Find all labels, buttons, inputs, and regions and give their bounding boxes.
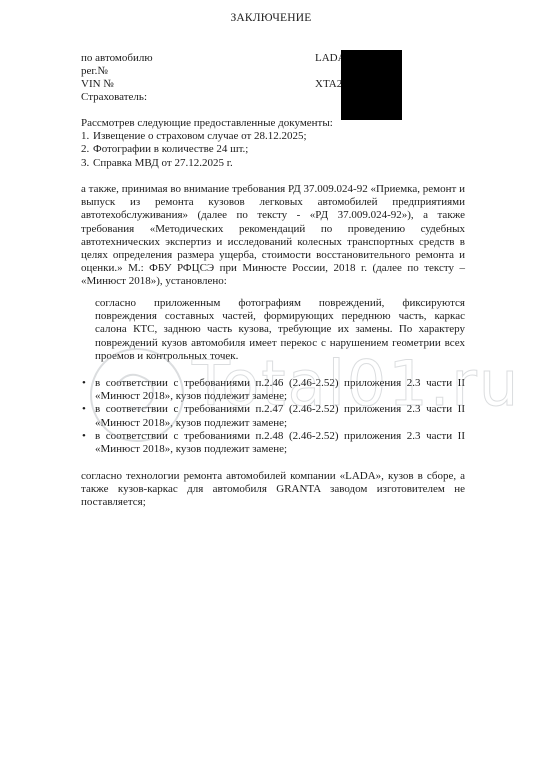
findings-paragraph: согласно приложенным фотографиям поврежд… — [95, 297, 465, 363]
field-label-vin: VIN № — [81, 78, 114, 91]
bullet-icon: • — [82, 430, 86, 443]
documents-list: 1.Извещение о страховом случае от 28.12.… — [81, 130, 465, 170]
document-item: 1.Извещение о страховом случае от 28.12.… — [81, 130, 465, 143]
document-title: ЗАКЛЮЧЕНИЕ — [0, 12, 542, 24]
bullet-item: •в соответствии с требованиями п.2.47 (2… — [81, 403, 465, 429]
document-item: 2.Фотографии в количестве 24 шт.; — [81, 143, 465, 156]
bullet-item: •в соответствии с требованиями п.2.48 (2… — [81, 430, 465, 456]
conclusion-paragraph: согласно технологии ремонта автомобилей … — [81, 470, 465, 510]
documents-intro: Рассмотрев следующие предоставленные док… — [81, 117, 465, 130]
document-item: 3.Справка МВД от 27.12.2025 г. — [81, 157, 465, 170]
bullet-list: •в соответствии с требованиями п.2.46 (2… — [81, 377, 465, 456]
bullet-item: •в соответствии с требованиями п.2.46 (2… — [81, 377, 465, 403]
field-label-car: по автомобилю — [81, 52, 153, 65]
field-label-reg: рег.№ — [81, 65, 108, 78]
field-value-vin: XTA2 — [315, 78, 342, 91]
documents-section: Рассмотрев следующие предоставленные док… — [81, 117, 465, 170]
bullet-icon: • — [82, 403, 86, 416]
bullet-icon: • — [82, 377, 86, 390]
redaction-box — [341, 50, 402, 120]
document-page: ЗАКЛЮЧЕНИЕ по автомобилю LADA рег.№ VIN … — [0, 0, 542, 768]
field-label-insured: Страхователь: — [81, 91, 147, 104]
requirements-paragraph: а также, принимая во внимание требования… — [81, 183, 465, 289]
